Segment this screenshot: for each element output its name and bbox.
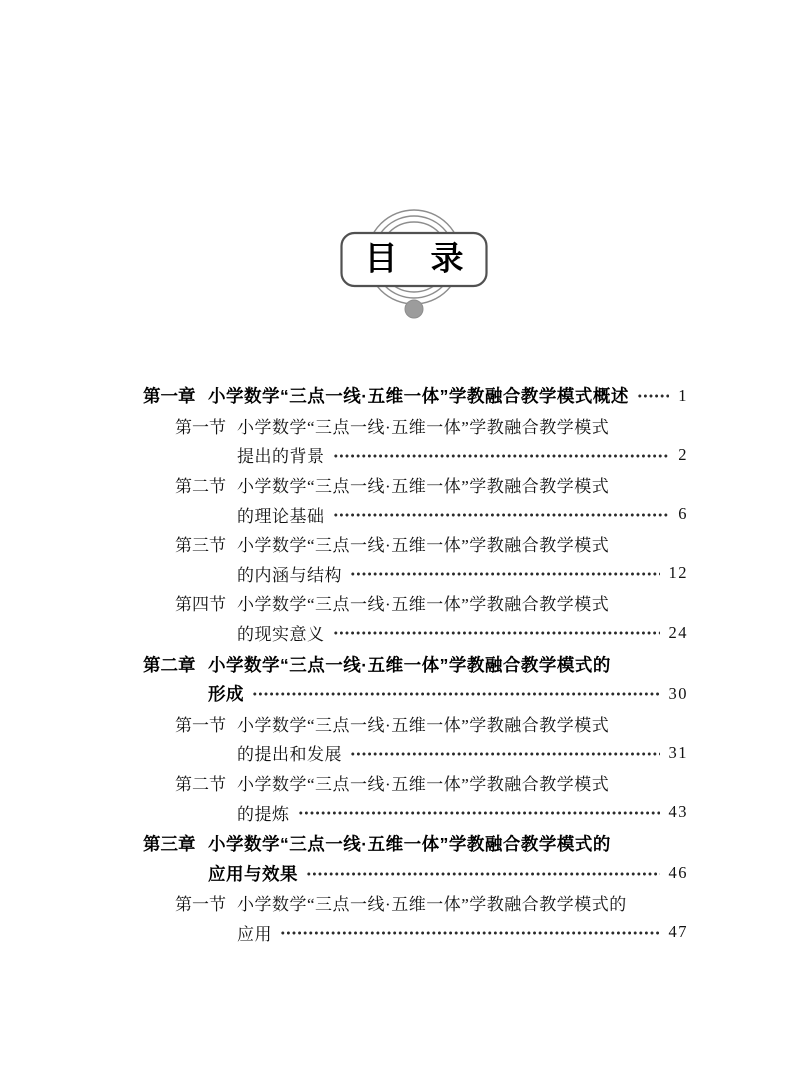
entry-title: 小学数学“三点一线·五维一体”学教融合教学模式: [237, 711, 609, 736]
page-number: 6: [678, 504, 688, 524]
toc-entry-line-2: 的提出和发展 31: [0, 738, 799, 768]
toc-entry-line-2: 应用与效果 46: [0, 859, 799, 889]
entry-title-continuation: 提出的背景: [237, 442, 325, 467]
toc-entry-line-1: 第一节 小学数学“三点一线·五维一体”学教融合教学模式的: [0, 888, 799, 918]
page-number: 43: [669, 802, 689, 822]
entry-title: 小学数学“三点一线·五维一体”学教融合教学模式: [237, 590, 609, 615]
entry-label: 第四节: [175, 590, 237, 615]
toc-entry-line-2: 形成 30: [0, 679, 799, 709]
entry-title: 小学数学“三点一线·五维一体”学教融合教学模式的: [208, 831, 611, 856]
toc-entry-line-1: 第四节 小学数学“三点一线·五维一体”学教融合教学模式: [0, 588, 799, 618]
toc-entry-line-1: 第一节 小学数学“三点一线·五维一体”学教融合教学模式: [0, 411, 799, 441]
dot-leader: [350, 738, 660, 768]
page-number: 30: [669, 684, 689, 704]
toc-entry-line-1: 第一节 小学数学“三点一线·五维一体”学教融合教学模式: [0, 709, 799, 739]
dot-leader: [637, 381, 669, 411]
emblem-graphic: 目 录: [330, 196, 500, 326]
toc-entry-line-2: 的内涵与结构 12: [0, 559, 799, 589]
toc-entry-line-2: 的现实意义 24: [0, 618, 799, 648]
entry-title: 小学数学“三点一线·五维一体”学教融合教学模式概述: [208, 383, 629, 408]
entry-title-continuation: 的内涵与结构: [237, 561, 342, 586]
toc-header-emblem: 目 录: [330, 196, 500, 326]
toc-entry: 第一节 小学数学“三点一线·五维一体”学教融合教学模式 的提出和发展 31: [0, 709, 799, 768]
entry-title-continuation: 形成: [208, 681, 244, 706]
entry-title-continuation: 应用与效果: [208, 861, 298, 886]
page-number: 2: [678, 445, 688, 465]
toc-entry-line-2: 的提炼 43: [0, 797, 799, 827]
toc-entry-line-1: 第二章 小学数学“三点一线·五维一体”学教融合教学模式的: [0, 649, 799, 679]
toc-entry: 第一节 小学数学“三点一线·五维一体”学教融合教学模式 提出的背景 2: [0, 411, 799, 470]
toc-entry-line-1: 第二节 小学数学“三点一线·五维一体”学教融合教学模式: [0, 470, 799, 500]
page-number: 31: [669, 743, 689, 763]
page-number: 24: [669, 623, 689, 643]
toc-entry: 第二节 小学数学“三点一线·五维一体”学教融合教学模式 的提炼 43: [0, 768, 799, 827]
entry-title-continuation: 应用: [237, 920, 272, 945]
entry-title: 小学数学“三点一线·五维一体”学教融合教学模式: [237, 413, 609, 438]
toc-entry-line-1: 第一章 小学数学“三点一线·五维一体”学教融合教学模式概述 1: [0, 381, 799, 411]
toc-entry: 第四节 小学数学“三点一线·五维一体”学教融合教学模式 的现实意义 24: [0, 588, 799, 647]
entry-label: 第二节: [175, 472, 237, 497]
toc-entry: 第二章 小学数学“三点一线·五维一体”学教融合教学模式的 形成 30: [0, 649, 799, 708]
page-number: 46: [669, 863, 689, 883]
toc-entry-line-2: 的理论基础 6: [0, 499, 799, 529]
page-number: 1: [678, 386, 688, 406]
toc-page: 目 录 第一章 小学数学“三点一线·五维一体”学教融合教学模式概述 1 第一节 …: [0, 0, 799, 1073]
dot-leader: [252, 679, 660, 709]
toc-list: 第一章 小学数学“三点一线·五维一体”学教融合教学模式概述 1 第一节 小学数学…: [0, 381, 799, 947]
entry-label: 第三章: [143, 831, 208, 856]
entry-label: 第一章: [143, 383, 208, 408]
entry-title-continuation: 的理论基础: [237, 502, 325, 527]
toc-entry-line-1: 第三章 小学数学“三点一线·五维一体”学教融合教学模式的: [0, 829, 799, 859]
toc-entry-line-2: 应用 47: [0, 918, 799, 948]
entry-title: 小学数学“三点一线·五维一体”学教融合教学模式: [237, 770, 609, 795]
toc-entry-line-1: 第三节 小学数学“三点一线·五维一体”学教融合教学模式: [0, 529, 799, 559]
entry-label: 第一节: [175, 711, 237, 736]
toc-entry: 第一节 小学数学“三点一线·五维一体”学教融合教学模式的 应用 47: [0, 888, 799, 947]
entry-title: 小学数学“三点一线·五维一体”学教融合教学模式的: [208, 652, 611, 677]
dot-leader: [280, 918, 660, 948]
entry-title: 小学数学“三点一线·五维一体”学教融合教学模式: [237, 472, 609, 497]
toc-entry: 第三节 小学数学“三点一线·五维一体”学教融合教学模式 的内涵与结构 12: [0, 529, 799, 588]
page-title: 目 录: [365, 241, 464, 278]
toc-entry-line-1: 第二节 小学数学“三点一线·五维一体”学教融合教学模式: [0, 768, 799, 798]
dot-leader: [298, 797, 660, 827]
entry-label: 第一节: [175, 890, 237, 915]
toc-entry: 第二节 小学数学“三点一线·五维一体”学教融合教学模式 的理论基础 6: [0, 470, 799, 529]
dot-leader: [350, 559, 660, 589]
toc-entry-line-2: 提出的背景 2: [0, 440, 799, 470]
dot-leader: [333, 440, 670, 470]
page-number: 12: [669, 563, 689, 583]
entry-title-continuation: 的提出和发展: [237, 740, 342, 765]
toc-entry: 第一章 小学数学“三点一线·五维一体”学教融合教学模式概述 1: [0, 381, 799, 411]
dot-leader: [333, 499, 670, 529]
entry-title: 小学数学“三点一线·五维一体”学教融合教学模式的: [237, 890, 627, 915]
entry-label: 第三节: [175, 531, 237, 556]
entry-label: 第二章: [143, 652, 208, 677]
toc-entry: 第三章 小学数学“三点一线·五维一体”学教融合教学模式的 应用与效果 46: [0, 829, 799, 888]
dot-leader: [333, 618, 660, 648]
entry-title-continuation: 的提炼: [237, 800, 290, 825]
dot-leader: [306, 859, 660, 889]
entry-label: 第一节: [175, 413, 237, 438]
page-number: 47: [669, 922, 689, 942]
emblem-knob-icon: [405, 300, 423, 318]
entry-title-continuation: 的现实意义: [237, 620, 325, 645]
entry-label: 第二节: [175, 770, 237, 795]
entry-title: 小学数学“三点一线·五维一体”学教融合教学模式: [237, 531, 609, 556]
